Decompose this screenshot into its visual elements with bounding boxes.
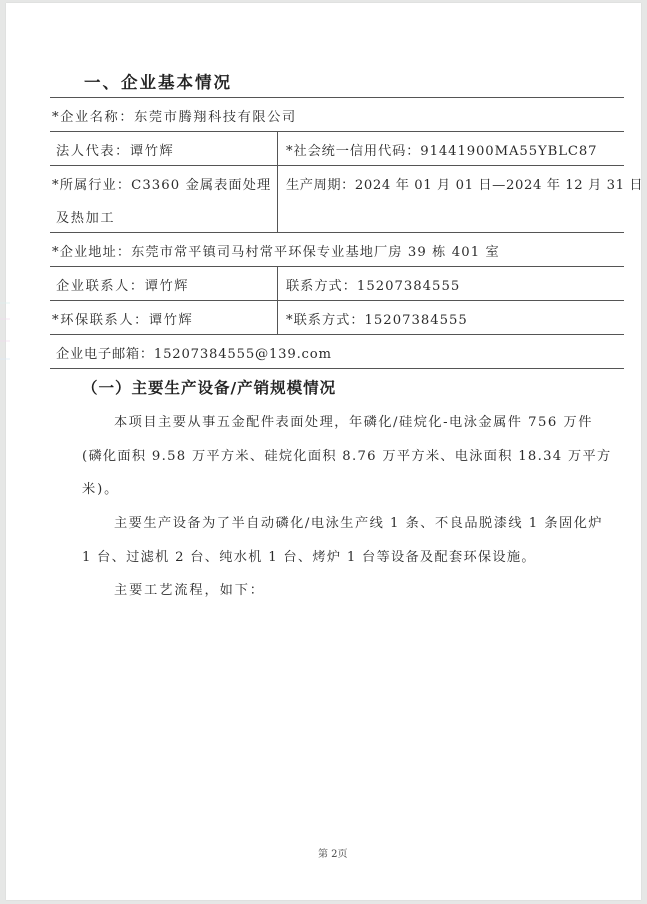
column-divider [277,131,278,232]
scan-artifact [0,358,10,360]
credit-code-cell: *社会统一信用代码：91441900MA55YBLC87 [286,140,597,159]
page-number: 第 2页 [318,845,348,860]
body-paragraph-line: 主要生产设备为了半自动磷化/电泳生产线 1 条、不良品脱漆线 1 条固化炉 [114,512,603,531]
table-rule [50,232,624,233]
industry-cell-line2: 及热加工 [56,207,115,226]
body-paragraph-line: (磷化面积 9.58 万平方米、硅烷化面积 8.76 万平方米、电泳面积 18.… [82,445,611,464]
table-rule [50,300,624,301]
subsection-title: （一）主要生产设备/产销规模情况 [82,376,336,398]
industry-cell-line1: *所属行业：C3360 金属表面处理 [52,174,271,193]
body-paragraph-line: 主要工艺流程，如下： [114,579,265,598]
body-paragraph-line: 米)。 [82,478,119,497]
table-rule [50,334,624,335]
body-paragraph-line: 1 台、过滤机 2 台、纯水机 1 台、烤炉 1 台等设备及配套环保设施。 [82,546,536,565]
production-period-cell: 生产周期：2024 年 01 月 01 日—2024 年 12 月 31 日 [286,174,643,193]
contact-phone-cell: 联系方式：15207384555 [286,275,460,294]
section-title: 一、企业基本情况 [84,69,232,93]
scan-artifact [0,318,10,320]
scan-artifact [0,340,10,342]
column-divider [277,266,278,334]
address-cell: *企业地址：东莞市常平镇司马村常平环保专业基地厂房 39 栋 401 室 [52,241,500,260]
env-contact-phone-cell: *联系方式：15207384555 [286,309,468,328]
legal-rep-cell: 法人代表：谭竹辉 [56,140,174,159]
env-contact-person-cell: *环保联系人：谭竹辉 [52,309,193,328]
table-rule [50,97,624,98]
table-rule [50,266,624,267]
email-cell: 企业电子邮箱：15207384555@139.com [56,343,332,362]
scan-artifact [0,302,10,304]
table-rule [50,131,624,132]
contact-person-cell: 企业联系人：谭竹辉 [56,275,189,294]
body-paragraph-line: 本项目主要从事五金配件表面处理，年磷化/硅烷化-电泳金属件 756 万件 [114,411,593,430]
table-rule [50,165,624,166]
table-rule [50,368,624,369]
company-name-cell: *企业名称：东莞市腾翔科技有限公司 [52,106,297,125]
